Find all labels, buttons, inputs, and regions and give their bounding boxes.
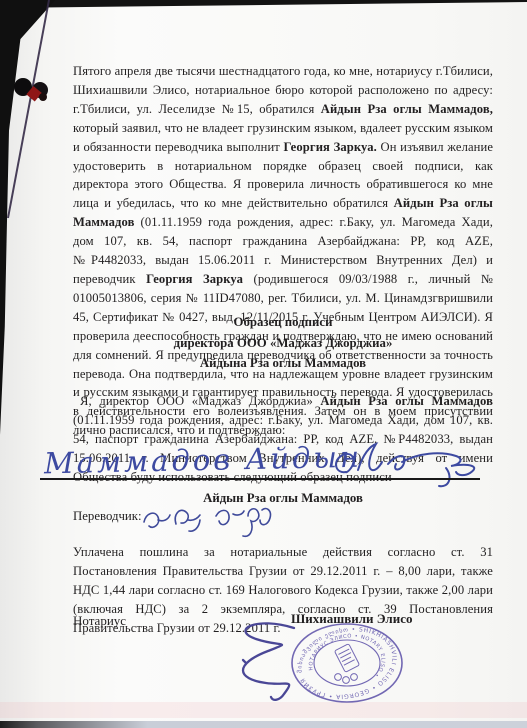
director-typed-name: Айдын Рза оглы Маммадов [73, 491, 493, 506]
translator-label: Переводчик: [73, 509, 142, 524]
specimen-heading-block: Образец подписи директора ООО «Маджаз Дж… [73, 312, 493, 374]
scanned-notarial-document: Пятого апреля две тысячи шестнадцатого г… [0, 0, 527, 728]
signature-line [40, 478, 480, 480]
scan-edge-top [0, 0, 527, 8]
director-handwritten-signature: Маммадов Айдын [44, 440, 363, 481]
notary-round-stamp: შიხიაშვილი ელისო • SHIKHIASHVILI ELISO •… [288, 620, 408, 706]
svg-text:შიხიაშვილი ელისო • SHIKHIASHVI: შიხიაშვილი ელისო • SHIKHIASHVILI ELISO •… [288, 620, 404, 706]
stamp-outer-ring-text: შიხიაშვილი ელისო • SHIKHIASHVILI ELISO •… [288, 620, 404, 706]
binding-thread-and-seal-grommet [0, 0, 70, 240]
notary-label: Нотариус [73, 613, 126, 629]
heading-specimen-of-signature: Образец подписи [73, 312, 493, 333]
grommet-shadow [39, 93, 47, 101]
scan-edge-bottom [0, 721, 527, 728]
translator-signature-handwriting [138, 500, 273, 542]
stamp-center-emblem [334, 644, 359, 684]
notary-certification-paragraph: Пятого апреля две тысячи шестнадцатого г… [73, 62, 493, 440]
director-signature-flourish [330, 436, 480, 488]
heading-director-company: директора ООО «Маджаз Джорджиа» [73, 333, 493, 354]
heading-director-name: Айдына Рза оглы Маммадов [73, 353, 493, 374]
